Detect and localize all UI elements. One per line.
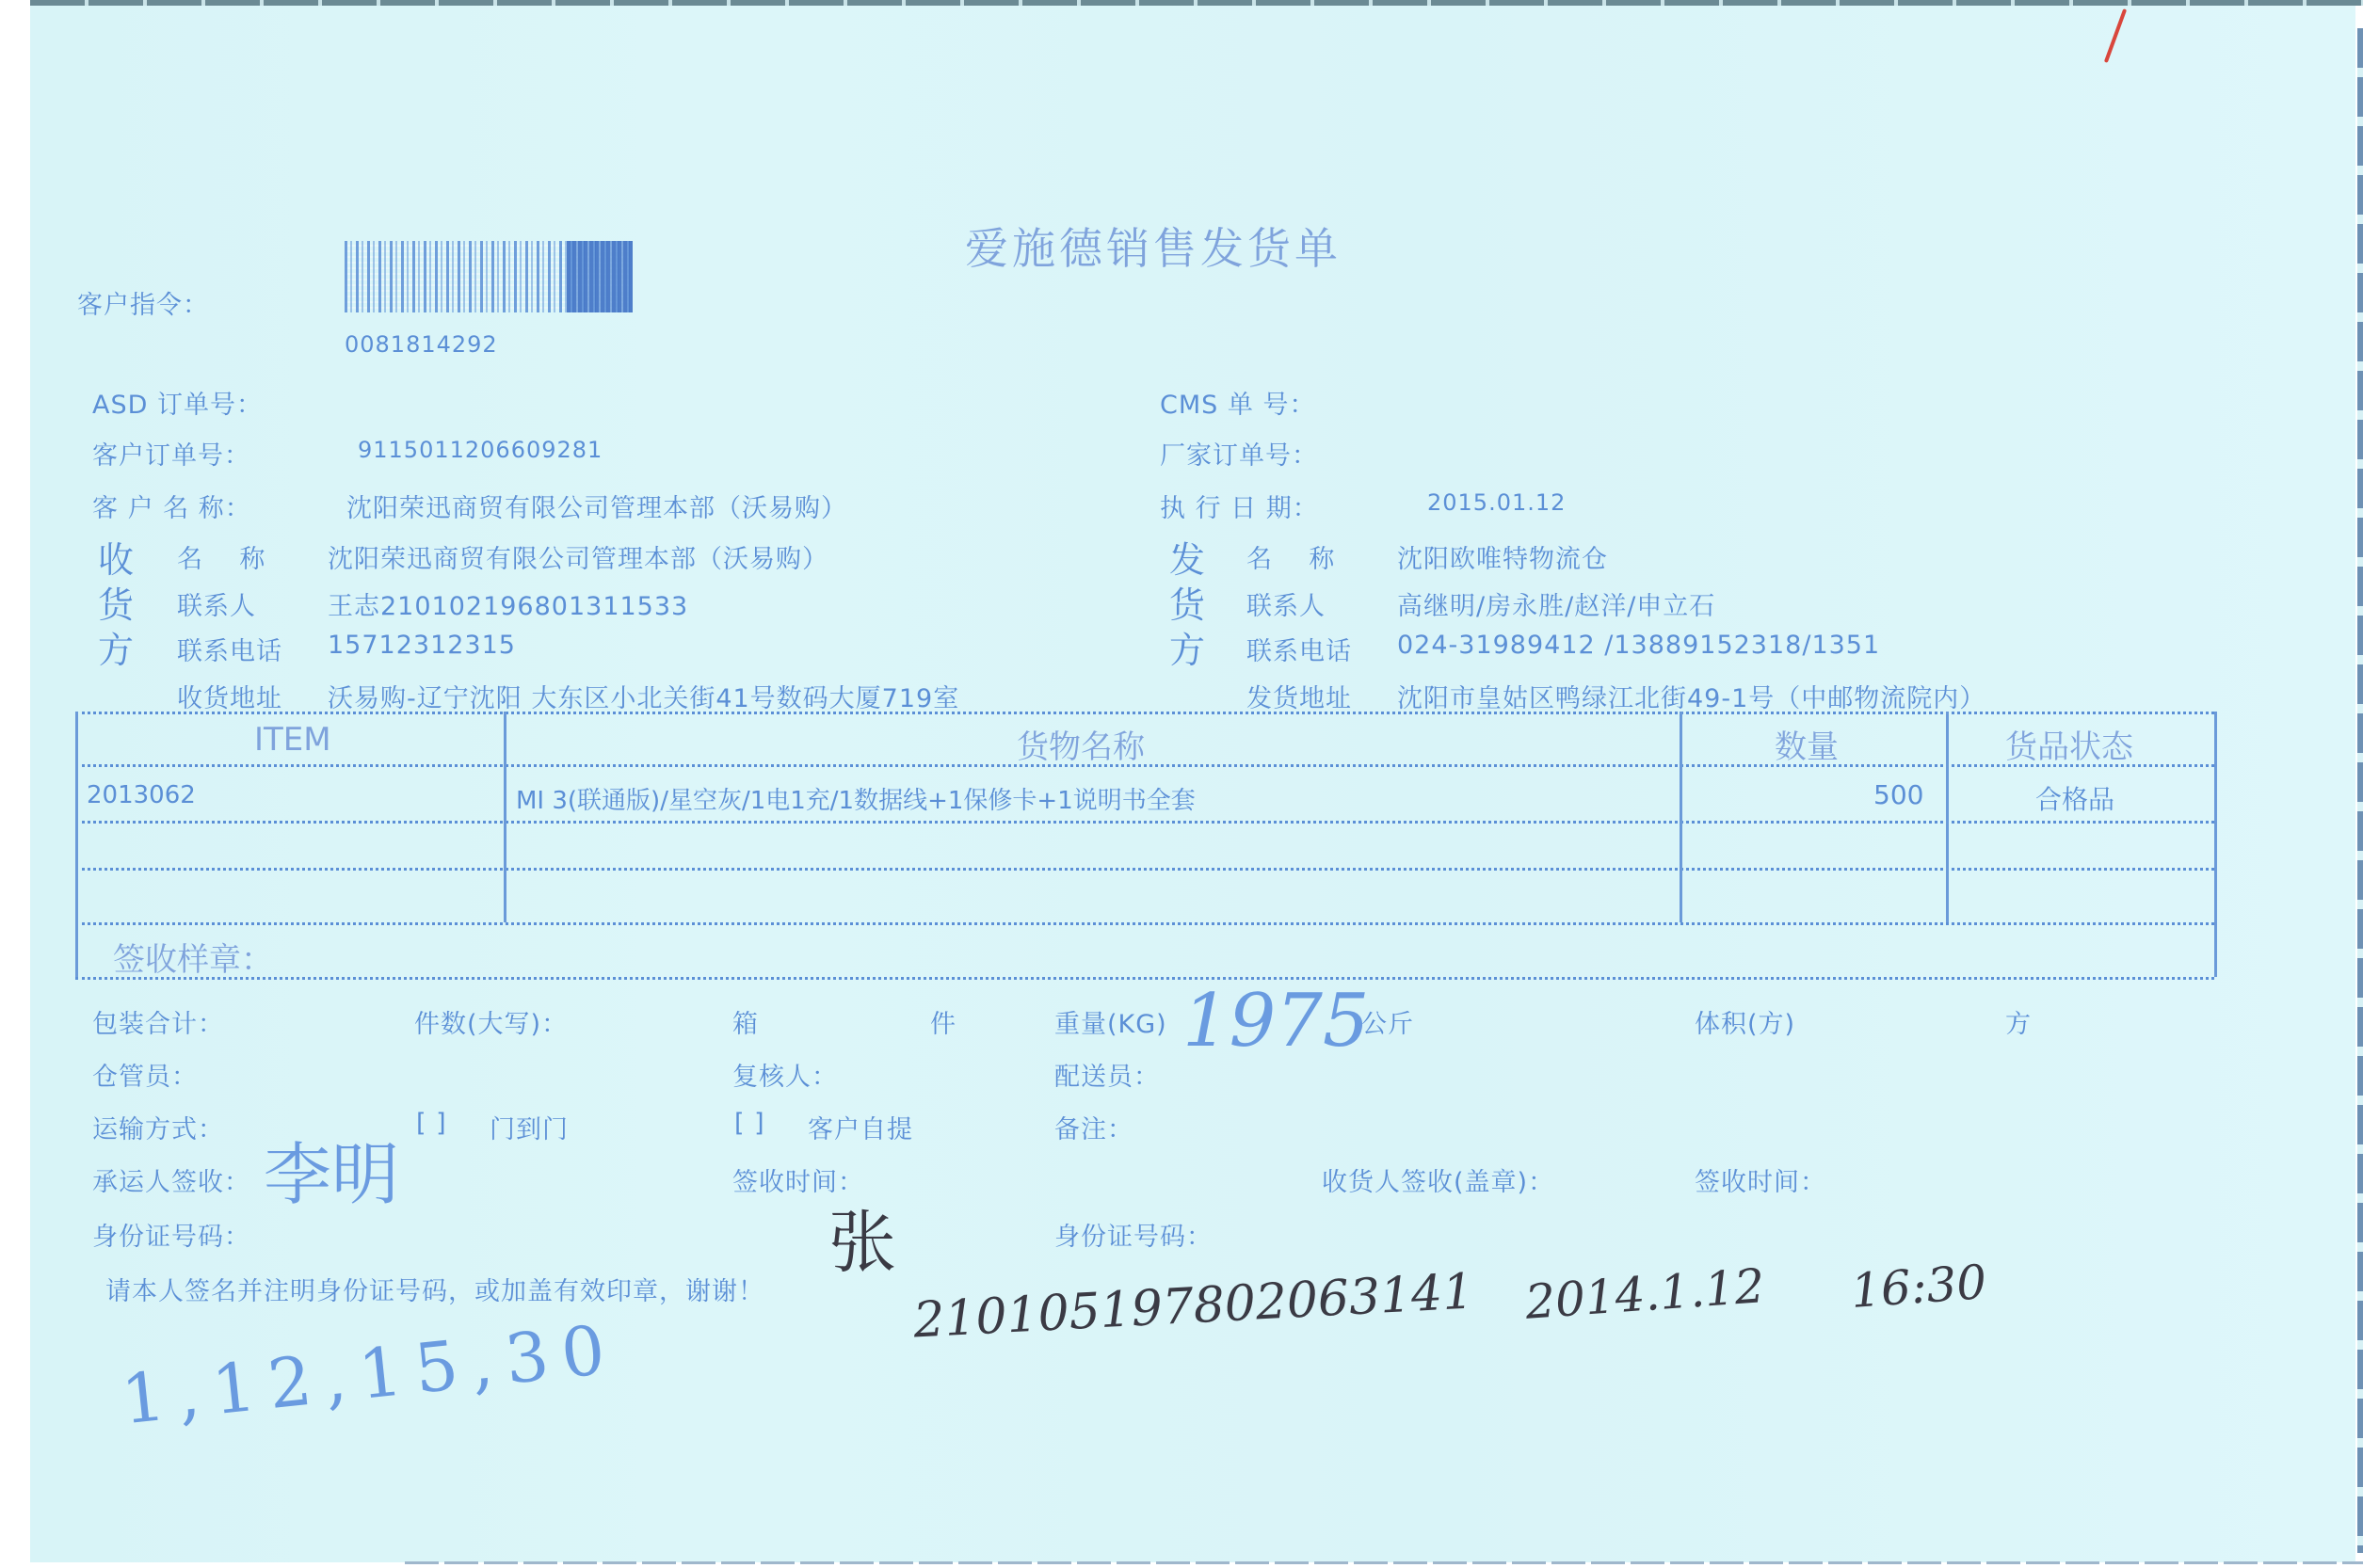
handwritten-consignee-time: 16:30: [1849, 1255, 1988, 1319]
warehouse-keeper-label: 仓管员：: [92, 1056, 198, 1093]
goods-table: ITEM 货物名称 数量 货品状态 2013062 MI 3(联通版)/星空灰/…: [75, 712, 2214, 977]
exec-date-value: 2015.01.12: [1427, 489, 1566, 516]
self-pickup-label: 客户自提: [808, 1109, 913, 1145]
customer-order-label: 客户订单号：: [92, 435, 250, 472]
table-border-right: [2214, 712, 2217, 977]
receiver-side-char-2: 货: [98, 576, 134, 628]
consignee-signature: 张: [828, 1188, 896, 1286]
asd-order-label: ASD 订单号：: [92, 384, 263, 421]
customer-order-value: 9115011206609281: [358, 437, 603, 463]
piece-label: 件: [930, 1003, 956, 1040]
shipper-side-char-3: 方: [1169, 621, 1205, 673]
self-pickup-checkbox[interactable]: [ ]: [734, 1109, 765, 1138]
receiver-phone-label: 联系电话: [177, 631, 282, 667]
weight-label: 重量(KG): [1054, 1003, 1167, 1040]
column-header-status: 货品状态: [2005, 721, 2133, 767]
customer-name-label: 客 户 名 称：: [92, 488, 251, 524]
table-row-divider: [75, 868, 2214, 871]
receiver-name-value: 沈阳荣迅商贸有限公司管理本部（沃易购）: [328, 538, 828, 575]
barcode-number: 0081814292: [345, 331, 498, 358]
reviewer-label: 复核人：: [732, 1056, 838, 1093]
package-total-label: 包装合计：: [92, 1003, 224, 1040]
shipper-phone-label: 联系电话: [1246, 631, 1352, 667]
door-to-door-label: 门到门: [490, 1109, 569, 1145]
receiver-phone-value: 15712312315: [328, 631, 516, 660]
receiver-contact-label: 联系人: [177, 585, 256, 622]
transport-label: 运输方式：: [92, 1109, 224, 1145]
remarks-label: 备注：: [1054, 1109, 1133, 1145]
column-header-item: ITEM: [254, 721, 331, 759]
consignee-sign-time-label: 签收时间：: [1695, 1161, 1826, 1198]
shipper-name-label: 名 称: [1246, 538, 1335, 575]
shipper-address-label: 发货地址: [1246, 678, 1352, 714]
door-to-door-checkbox[interactable]: [ ]: [416, 1109, 447, 1138]
receiver-contact-value: 王志210102196801311533: [328, 585, 688, 622]
document-title: 爱施德销售发货单: [965, 215, 1342, 277]
id-label-left: 身份证号码：: [92, 1216, 250, 1253]
shipper-side-char-1: 发: [1169, 531, 1205, 583]
weight-handwritten: 1975: [1182, 979, 1370, 1064]
shipper-phone-value: 024-31989412 /13889152318/1351: [1397, 631, 1880, 660]
table-border-left: [75, 712, 78, 977]
table-col-divider: [504, 712, 506, 922]
pieces-upper-label: 件数(大写)：: [414, 1003, 568, 1040]
consignee-sign-label: 收货人签收(盖章)：: [1322, 1161, 1554, 1198]
carrier-sign-label: 承运人签收：: [92, 1161, 250, 1198]
receiver-address-label: 收货地址: [177, 678, 282, 714]
receiver-side-char-1: 收: [98, 531, 134, 583]
perforated-bottom-edge: [405, 1561, 2363, 1564]
perforated-right-edge: [2357, 28, 2363, 1553]
row-qty: 500: [1873, 779, 1923, 810]
barcode-icon: [345, 241, 633, 312]
shipper-side-char-2: 货: [1169, 576, 1205, 628]
cms-label: CMS 单 号：: [1160, 384, 1315, 421]
table-border-top: [75, 712, 2214, 714]
factory-order-label: 厂家订单号：: [1160, 435, 1318, 472]
receiver-address-value: 沃易购-辽宁沈阳 大东区小北关街41号数码大厦719室: [328, 678, 959, 714]
column-header-name: 货物名称: [1017, 721, 1145, 767]
shipper-address-value: 沈阳市皇姑区鸭绿江北街49-1号（中邮物流院内）: [1397, 678, 1985, 714]
receiver-name-label: 名 称: [177, 538, 265, 575]
dispatcher-label: 配送员：: [1054, 1056, 1160, 1093]
table-header-divider: [75, 764, 2214, 767]
table-border-bottom: [75, 977, 2214, 980]
volume-label: 体积(方): [1695, 1003, 1795, 1040]
shipper-contact-label: 联系人: [1246, 585, 1326, 622]
table-col-divider: [1946, 712, 1949, 922]
carrier-signature: 李明: [264, 1120, 399, 1218]
receiver-side-char-3: 方: [98, 621, 134, 673]
table-row-divider: [75, 821, 2214, 824]
shipper-contact-value: 高继明/房永胜/赵洋/申立石: [1397, 585, 1715, 622]
shipper-name-value: 沈阳欧唯特物流仓: [1397, 538, 1608, 575]
sign-notice: 请本人签名并注明身份证号码，或加盖有效印章，谢谢！: [105, 1271, 764, 1307]
volume-unit: 方: [2005, 1003, 2032, 1040]
id-label-right: 身份证号码：: [1054, 1216, 1213, 1253]
column-header-qty: 数量: [1775, 721, 1839, 767]
table-row-divider: [75, 922, 2214, 925]
exec-date-label: 执 行 日 期：: [1160, 488, 1319, 524]
box-label: 箱: [732, 1003, 759, 1040]
row-name: MI 3(联通版)/星空灰/1电1充/1数据线+1保修卡+1说明书全套: [516, 781, 1196, 816]
table-col-divider: [1680, 712, 1682, 922]
row-item: 2013062: [87, 781, 196, 809]
customer-instruction-label: 客户指令：: [77, 284, 209, 321]
weight-unit: 公斤: [1361, 1003, 1414, 1040]
customer-name-value: 沈阳荣迅商贸有限公司管理本部（沃易购）: [346, 488, 847, 524]
signature-stamp-label: 签收样章：: [113, 934, 273, 980]
row-status: 合格品: [2035, 779, 2114, 817]
